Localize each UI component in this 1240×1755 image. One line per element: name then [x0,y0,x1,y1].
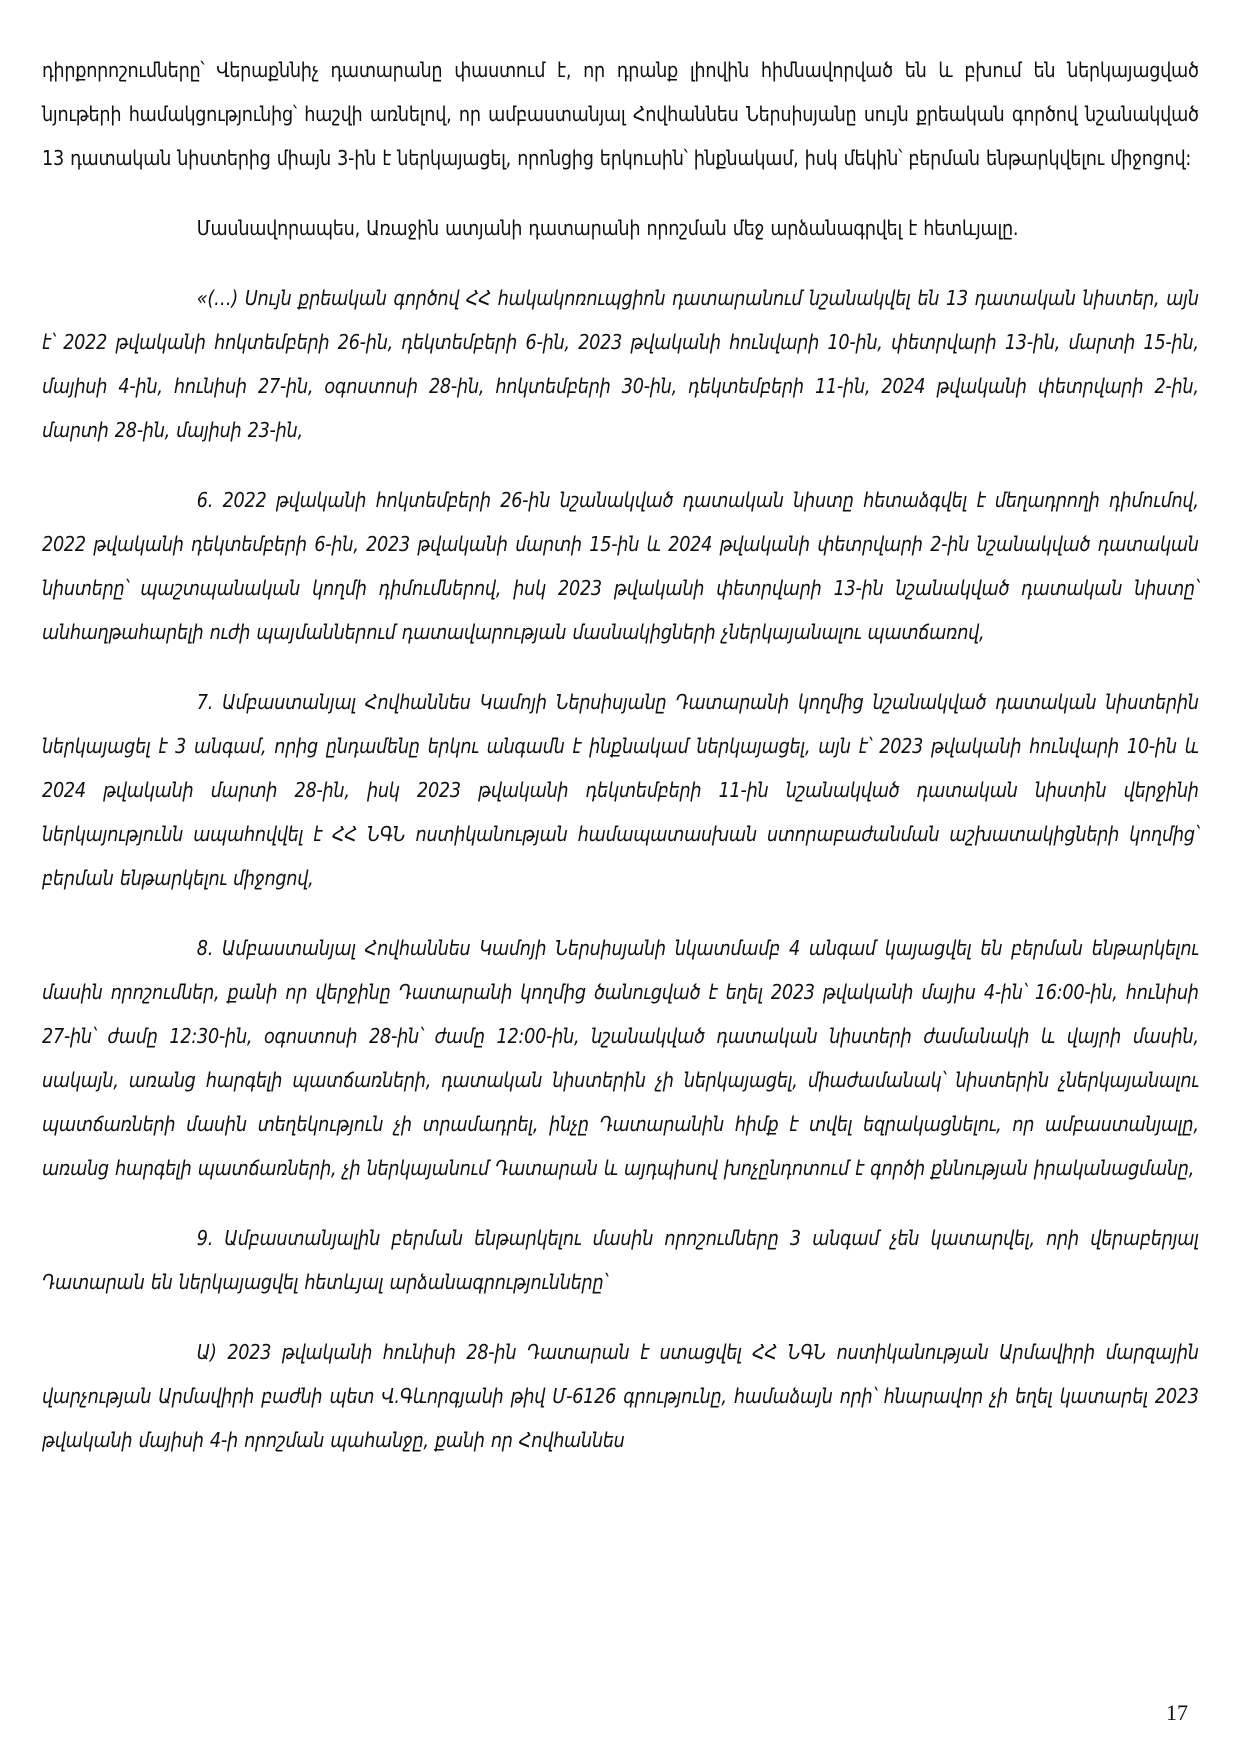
paragraph-item-6: 6. 2022 թվականի հոկտեմբերի 26-ին նշանակվ… [42,478,1199,654]
page-number: 17 [1166,1700,1188,1726]
paragraph-court-position: դիրքորոշումները՝ Վերաքննիչ դատարանը փաստ… [42,48,1199,180]
paragraph-item-8: 8. Ամբաստանյալ Հովհաննես Կամոյի Ներսիսյա… [42,926,1199,1190]
document-page: դիրքորոշումները՝ Վերաքննիչ դատարանը փաստ… [42,48,1199,1462]
paragraph-quoted-hearings-list: «(…) Սույն քրեական գործով ՀՀ հակակոռուպց… [42,276,1199,452]
paragraph-item-a: Ա) 2023 թվականի հունիսի 28-ին Դատարան է … [42,1330,1199,1462]
paragraph-item-7: 7. Ամբաստանյալ Հովհաննես Կամոյի Ներսիսյա… [42,680,1199,900]
paragraph-first-instance-intro: Մասնավորապես, Առաջին ատյանի դատարանի որո… [42,206,1199,250]
paragraph-item-9: 9. Ամբաստանյալին բերման ենթարկելու մասին… [42,1216,1199,1304]
